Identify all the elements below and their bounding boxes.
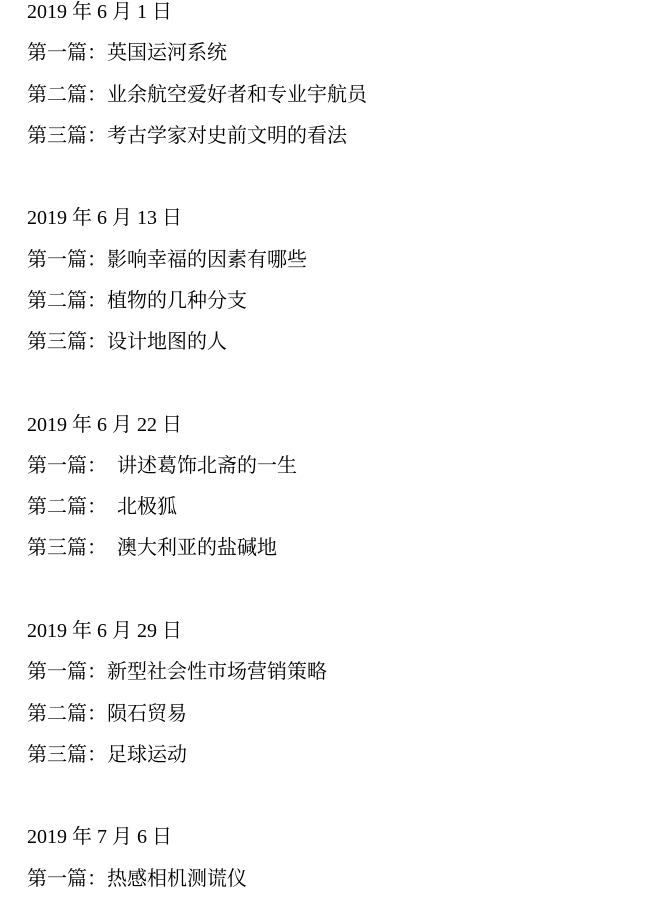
entry-title: 业余航空爱好者和专业宇航员	[107, 84, 367, 106]
entry-label: 第三篇：	[27, 537, 107, 559]
entry-title: 讲述葛饰北斋的一生	[107, 455, 297, 477]
article-entry: 第三篇： 澳大利亚的盐碱地	[27, 528, 672, 569]
article-entry: 第二篇：植物的几种分支	[27, 281, 672, 322]
entry-title: 植物的几种分支	[107, 290, 247, 312]
entry-label: 第二篇：	[27, 290, 107, 312]
article-entry: 第三篇：设计地图的人	[27, 322, 672, 363]
entry-label: 第二篇：	[27, 703, 107, 725]
article-entry: 第二篇：陨石贸易	[27, 694, 672, 735]
entry-title: 澳大利亚的盐碱地	[107, 537, 277, 559]
article-entry: 第三篇：考古学家对史前文明的看法	[27, 116, 672, 157]
article-entry: 第二篇： 北极狐	[27, 487, 672, 528]
date-heading: 2019 年 6 月 29 日	[27, 611, 672, 652]
date-section-5: 2019 年 7 月 6 日 第一篇：热感相机测谎仪	[27, 817, 672, 900]
entry-title: 足球运动	[107, 744, 187, 766]
article-entry: 第三篇：足球运动	[27, 735, 672, 776]
entry-label: 第一篇：	[27, 455, 107, 477]
section-spacer	[27, 157, 672, 198]
section-spacer	[27, 776, 672, 817]
entry-label: 第二篇：	[27, 496, 107, 518]
date-heading: 2019 年 6 月 22 日	[27, 405, 672, 446]
article-entry: 第一篇：英国运河系统	[27, 33, 672, 74]
article-entry: 第二篇：业余航空爱好者和专业宇航员	[27, 75, 672, 116]
date-section-2: 2019 年 6 月 13 日 第一篇：影响幸福的因素有哪些 第二篇：植物的几种…	[27, 198, 672, 363]
section-spacer	[27, 570, 672, 611]
entry-title: 北极狐	[107, 496, 177, 518]
entry-label: 第一篇：	[27, 249, 107, 271]
entry-label: 第一篇：	[27, 42, 107, 64]
date-section-1: 2019 年 6 月 1 日 第一篇：英国运河系统 第二篇：业余航空爱好者和专业…	[27, 0, 672, 157]
entry-label: 第三篇：	[27, 744, 107, 766]
date-heading: 2019 年 6 月 1 日	[27, 0, 672, 33]
date-section-3: 2019 年 6 月 22 日 第一篇： 讲述葛饰北斋的一生 第二篇： 北极狐 …	[27, 405, 672, 570]
article-entry: 第一篇：新型社会性市场营销策略	[27, 652, 672, 693]
entry-label: 第二篇：	[27, 84, 107, 106]
entry-title: 影响幸福的因素有哪些	[107, 249, 307, 271]
article-entry: 第一篇：热感相机测谎仪	[27, 859, 672, 900]
entry-title: 设计地图的人	[107, 331, 227, 353]
entry-label: 第一篇：	[27, 868, 107, 890]
entry-title: 陨石贸易	[107, 703, 187, 725]
section-spacer	[27, 363, 672, 404]
entry-title: 考古学家对史前文明的看法	[107, 125, 347, 147]
entry-title: 英国运河系统	[107, 42, 227, 64]
date-section-4: 2019 年 6 月 29 日 第一篇：新型社会性市场营销策略 第二篇：陨石贸易…	[27, 611, 672, 776]
entry-label: 第三篇：	[27, 125, 107, 147]
entry-label: 第一篇：	[27, 661, 107, 683]
article-entry: 第一篇： 讲述葛饰北斋的一生	[27, 446, 672, 487]
date-heading: 2019 年 6 月 13 日	[27, 198, 672, 239]
document-page: 2019 年 6 月 1 日 第一篇：英国运河系统 第二篇：业余航空爱好者和专业…	[0, 0, 672, 900]
date-heading: 2019 年 7 月 6 日	[27, 817, 672, 858]
entry-label: 第三篇：	[27, 331, 107, 353]
entry-title: 新型社会性市场营销策略	[107, 661, 327, 683]
entry-title: 热感相机测谎仪	[107, 868, 247, 890]
article-entry: 第一篇：影响幸福的因素有哪些	[27, 240, 672, 281]
